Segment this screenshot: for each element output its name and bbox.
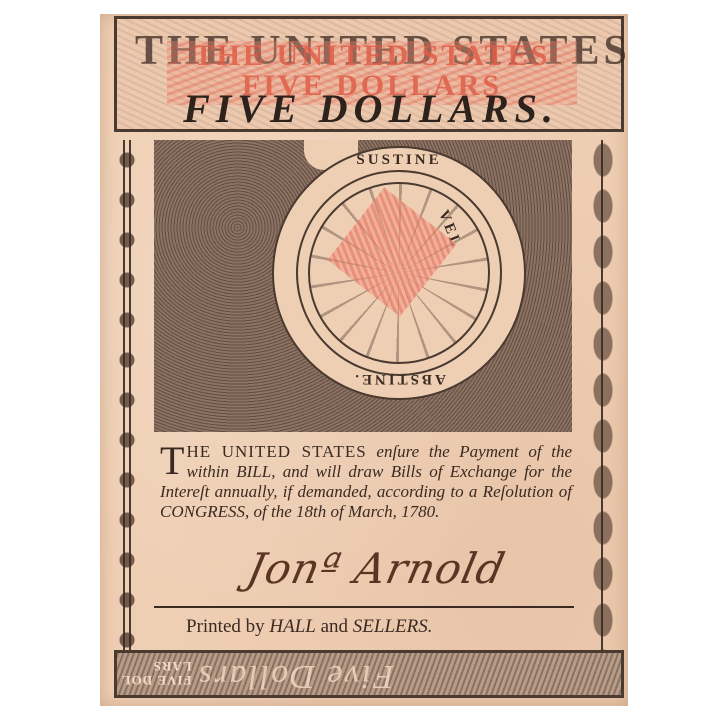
bill-text: THE UNITED STATES enſure the Payment of … [160,442,572,522]
top-banner: THE UNITED STATES THE UNITED STATES FIVE… [114,16,624,132]
bottom-label-line-1: FIVE DOL [121,673,191,687]
bill-lead: HE UNITED STATES [186,442,366,461]
bottom-banner-label: FIVE DOL LARS [121,659,191,687]
printer-line: Printed by HALL and SELLERS. [186,616,546,638]
engraved-leaf-field: SUSTINE VEL ABSTINE. [154,140,572,432]
printer-name-1: HALL [269,616,315,637]
printer-prefix: Printed by [186,616,265,637]
seal-motto-top: SUSTINE [274,152,524,169]
signature-line [154,606,574,608]
seal: SUSTINE VEL ABSTINE. [272,146,526,400]
left-ornamental-border [112,140,142,650]
seal-motto-bottom: ABSTINE. [274,370,524,387]
denomination-text: FIVE DOLLARS. [123,85,619,132]
printer-conj: and [321,616,348,637]
bottom-banner-script: Five Dollars [197,657,394,695]
drop-cap: T [160,444,184,478]
right-ornamental-border [588,140,618,650]
signature: Jonª Arnold [243,544,510,593]
bottom-label-line-2: LARS [121,659,191,673]
printer-name-2: SELLERS. [353,616,433,637]
banknote: THE UNITED STATES THE UNITED STATES FIVE… [100,14,628,706]
bottom-banner: FIVE DOL LARS Five Dollars [114,650,624,698]
